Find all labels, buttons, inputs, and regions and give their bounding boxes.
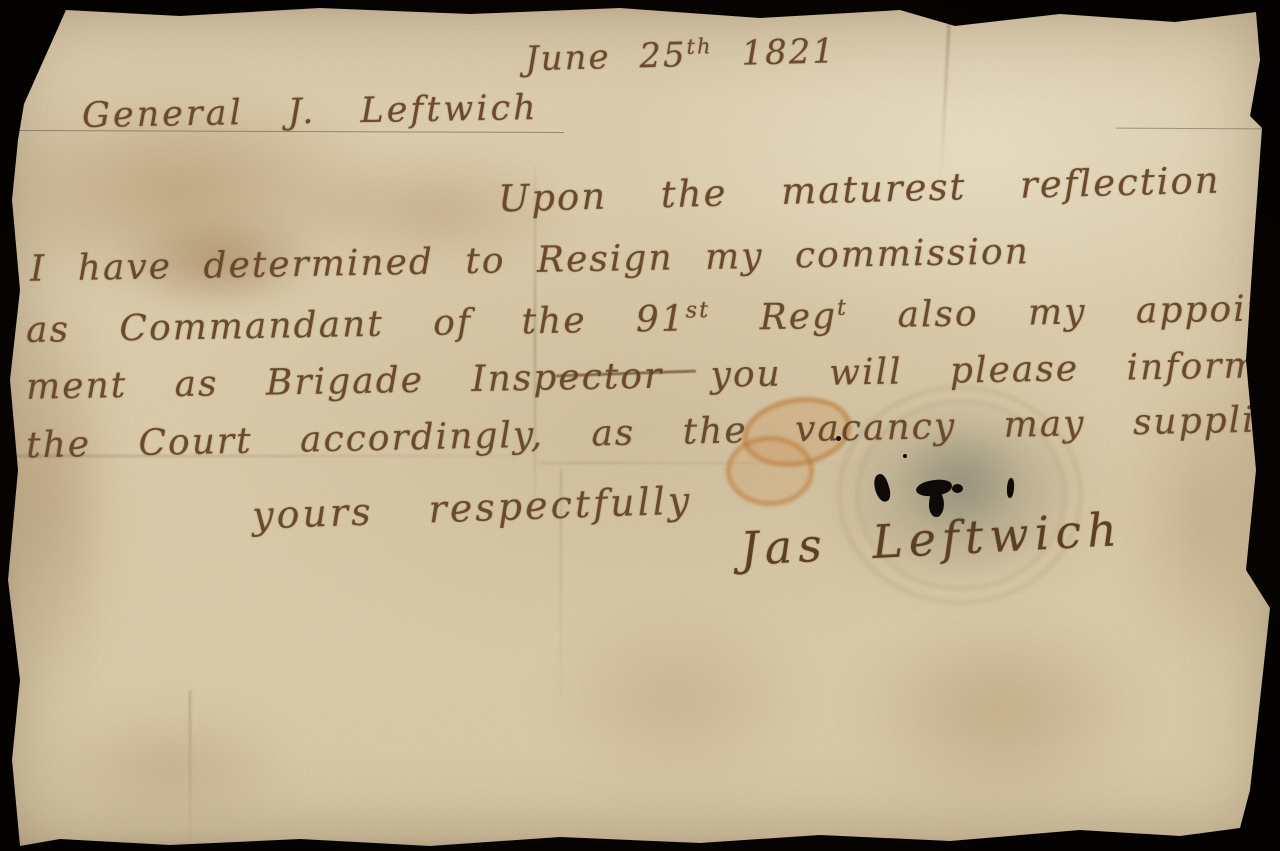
date-line: June 25th 1821 bbox=[525, 30, 837, 79]
ink-blot-right bbox=[1006, 478, 1014, 498]
regiment-abbr-superscript: t bbox=[837, 295, 848, 321]
regiment-ordinal-superscript: st bbox=[685, 297, 710, 323]
letter-paper: June 25th 1821 General J. Leftwich Upon … bbox=[0, 0, 1280, 851]
ruled-line-right bbox=[1116, 128, 1272, 130]
ink-blot-left bbox=[871, 473, 893, 504]
ink-blot-dot-mid bbox=[952, 484, 963, 493]
addressee-line: General J. Leftwich bbox=[82, 88, 539, 136]
scanned-letter: June 25th 1821 General J. Leftwich Upon … bbox=[0, 0, 1280, 851]
fold-crease-vertical-top bbox=[939, 0, 951, 180]
stain-left-edge bbox=[0, 300, 125, 690]
body-line-1: Upon the maturest reflection bbox=[498, 159, 1222, 221]
body-line-3-pre: as Commandant of the 91 bbox=[26, 299, 686, 352]
fold-crease-horizontal-mid bbox=[540, 462, 870, 464]
closing-line: yours respectfully bbox=[251, 478, 693, 537]
body-line-2: I have determined to Resign my commissio… bbox=[30, 231, 1030, 289]
body-line-5: the Court accordingly, as the vacancy ma… bbox=[26, 399, 1280, 467]
stain-bottom-right bbox=[850, 608, 1150, 813]
date-prefix: June 25 bbox=[525, 35, 688, 79]
body-line-3-post: also my appoint bbox=[848, 288, 1280, 337]
date-superscript: th bbox=[686, 33, 713, 59]
body-line-3-mid: Reg bbox=[710, 296, 838, 339]
signature: Jas Leftwich bbox=[739, 502, 1124, 576]
fold-crease-vertical-bottom bbox=[189, 690, 191, 845]
ink-speck-2 bbox=[903, 454, 907, 458]
date-year: 1821 bbox=[741, 31, 837, 73]
stain-bottom-center bbox=[540, 600, 810, 795]
stain-bottom-left bbox=[40, 700, 300, 830]
body-line-4: ment as Brigade Inspector you will pleas… bbox=[26, 345, 1260, 408]
body-line-3: as Commandant of the 91st Regt also my a… bbox=[26, 287, 1280, 351]
